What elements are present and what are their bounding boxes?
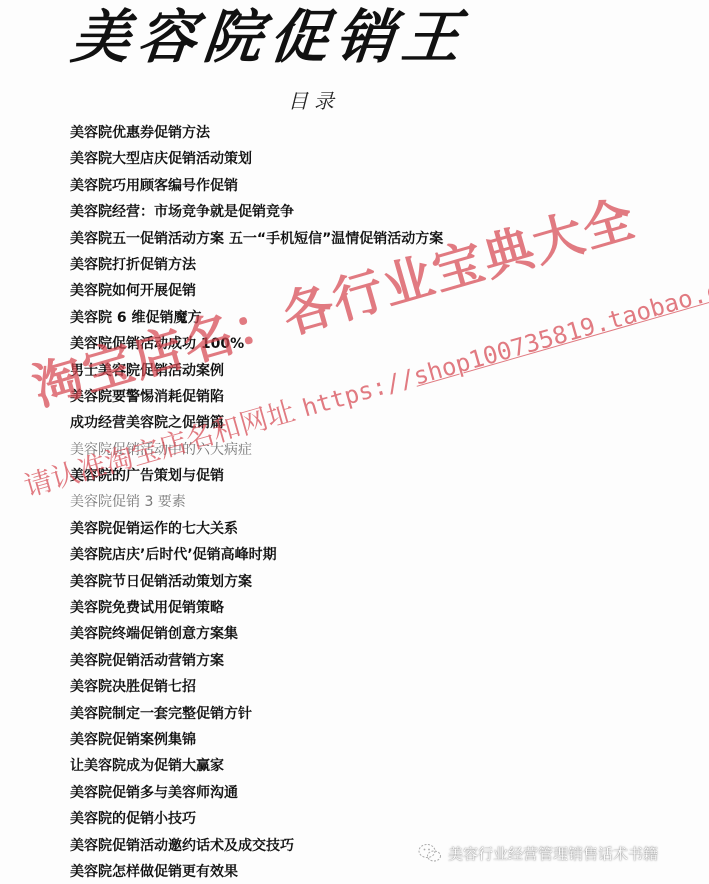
toc-item[interactable]: 美容院促销多与美容师沟通 xyxy=(70,780,443,806)
toc-item[interactable]: 美容院的促销小技巧 xyxy=(70,806,443,832)
toc-item[interactable]: 男士美容院促销活动案例 xyxy=(70,358,443,384)
toc-item[interactable]: 美容院终端促销创意方案集 xyxy=(70,621,443,647)
toc-item[interactable]: 美容院促销案例集锦 xyxy=(70,727,443,753)
toc-item[interactable]: 美容院免费试用促销策略 xyxy=(70,595,443,621)
toc-item[interactable]: 美容院促销活动成功 100% xyxy=(70,331,443,357)
toc-item[interactable]: 美容院店庆’后时代’促销高峰时期 xyxy=(70,542,443,568)
toc-item[interactable]: 美容院促销活动营销方案 xyxy=(70,648,443,674)
toc-item[interactable]: 美容院五一促销活动方案 五一“手机短信”温情促销活动方案 xyxy=(70,226,443,252)
toc-item[interactable]: 美容院促销活动邀约话术及成交技巧 xyxy=(70,833,443,859)
toc-heading: 目录 xyxy=(288,88,340,114)
toc-item[interactable]: 美容院制定一套完整促销方针 xyxy=(70,701,443,727)
toc-item[interactable]: 美容院决胜促销七招 xyxy=(70,674,443,700)
toc-item[interactable]: 美容院优惠券促销方法 xyxy=(70,120,443,146)
wechat-icon xyxy=(418,843,442,863)
toc-item[interactable]: 成功经营美容院之促销篇 xyxy=(70,410,443,436)
wechat-account-badge: 美容行业经营管理销售话术书籍 xyxy=(418,840,658,866)
toc-item[interactable]: 美容院节日促销活动策划方案 xyxy=(70,569,443,595)
toc-item[interactable]: 美容院大型店庆促销活动策划 xyxy=(70,146,443,172)
toc-item[interactable]: 美容院如何开展促销 xyxy=(70,278,443,304)
toc-item[interactable]: 美容院打折促销方法 xyxy=(70,252,443,278)
toc-item[interactable]: 美容院经营：市场竞争就是促销竞争 xyxy=(70,199,443,225)
toc-item[interactable]: 美容院怎样做促销更有效果 xyxy=(70,859,443,884)
wechat-account-name: 美容行业经营管理销售话术书籍 xyxy=(448,843,658,864)
document-title: 美容院促销王 xyxy=(68,2,475,72)
toc-item[interactable]: 让美容院成为促销大赢家 xyxy=(70,753,443,779)
watermark-url-host: shop100735819.taobao.com xyxy=(410,268,709,391)
toc-item[interactable]: 美容院要警惕消耗促销陷 xyxy=(70,384,443,410)
document-page: 美容院促销王 目录 美容院优惠券促销方法 美容院大型店庆促销活动策划 美容院巧用… xyxy=(0,0,709,884)
toc-item[interactable]: 美容院促销活动中的六大病症 xyxy=(70,437,443,463)
toc-list: 美容院优惠券促销方法 美容院大型店庆促销活动策划 美容院巧用顾客编号作促销 美容… xyxy=(70,120,443,884)
toc-item[interactable]: 美容院的广告策划与促销 xyxy=(70,463,443,489)
toc-item[interactable]: 美容院巧用顾客编号作促销 xyxy=(70,173,443,199)
toc-item[interactable]: 美容院 6 维促销魔方 xyxy=(70,305,443,331)
toc-item[interactable]: 美容院促销运作的七大关系 xyxy=(70,516,443,542)
toc-item[interactable]: 美容院促销 3 要素 xyxy=(70,489,443,515)
